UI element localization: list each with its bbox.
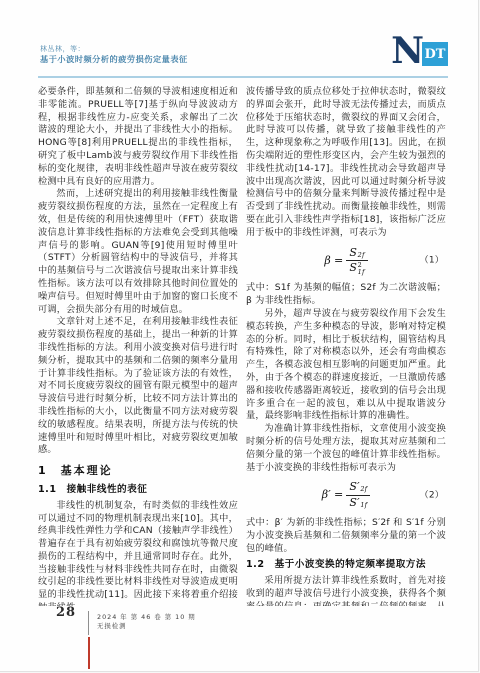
denominator-subscript: 1f bbox=[360, 499, 367, 512]
red-annotation-line bbox=[88, 637, 90, 669]
equation-1: β = S2f S21f （1） bbox=[246, 240, 446, 283]
numerator-subscript: 2f bbox=[360, 483, 367, 496]
section-heading-1: 1 基本理论 bbox=[38, 465, 238, 478]
left-column: 必要条件，即基频和二倍频的导波相速度相近和非零能流。PRUELL等[7]基于纵向… bbox=[38, 86, 238, 606]
numerator-subscript: 2f bbox=[358, 249, 365, 262]
paragraph: 式中：S1f 为基频的幅值；S2f 为二次谐波幅；β 为非线性指标。 bbox=[246, 282, 446, 308]
paragraph: 波传播导致的质点位移处于拉伸状态时，微裂纹的界面会张开，此时导波无法传播过去，而… bbox=[246, 86, 446, 240]
denominator-base: S′ bbox=[349, 497, 359, 510]
ndt-logo-dt-box: DT bbox=[422, 42, 448, 66]
page-number: 28 bbox=[56, 605, 76, 620]
equation-2-lhs: β′ bbox=[322, 489, 331, 502]
journal-issue: 2024 年 第 46 卷 第 10 期 bbox=[97, 613, 196, 622]
subsection-heading-1-2: 1.2 基于小波变换的特定频率提取方法 bbox=[246, 559, 446, 572]
equation-2-number: （2） bbox=[420, 489, 444, 502]
equals-sign: = bbox=[334, 255, 343, 268]
ndt-logo: N DT bbox=[391, 36, 448, 66]
paragraph: 文章针对上述不足，在利用接触非线性表征疲劳裂纹损伤程度的基础上，提出一种新的计算… bbox=[38, 316, 238, 457]
paragraph: 为准确计算非线性指标，文章使用小波变换时频分析的信号处理方法，提取其对应基频和二… bbox=[246, 423, 446, 474]
equation-2: β′ = S′2f S′1f （2） bbox=[246, 474, 446, 517]
fraction: S′2f S′1f bbox=[346, 481, 370, 510]
journal-name: 无损检测 bbox=[97, 622, 196, 631]
running-title: 基于小波时频分析的疲劳损伤定量表征 bbox=[40, 54, 188, 65]
journal-info: 2024 年 第 46 卷 第 10 期 无损检测 bbox=[97, 613, 196, 631]
paragraph: 采用所提方法计算非线性系数时，首先对接收到的超声导波信号进行小波变换，获得各个频… bbox=[246, 575, 446, 606]
numerator-base: S bbox=[349, 247, 357, 260]
paragraph: 必要条件，即基频和二倍频的导波相速度相近和非零能流。PRUELL等[7]基于纵向… bbox=[38, 86, 238, 188]
footer-divider-line bbox=[88, 611, 89, 635]
paragraph: 另外，超声导波在与疲劳裂纹作用下会发生模态转换，产生多种模态的导波，影响对特定模… bbox=[246, 308, 446, 423]
denominator-base: S bbox=[349, 262, 357, 275]
numerator-base: S′ bbox=[349, 481, 359, 494]
header-rule bbox=[38, 76, 448, 78]
running-author: 林丛林，等： bbox=[40, 44, 188, 54]
paragraph: 然而，上述研究提出的利用接触非线性衡量疲劳裂纹损伤程度的方法，虽然在一定程度上有… bbox=[38, 188, 238, 316]
paragraph: 式中：β′ 为新的非线性指标；S′2f 和 S′1f 分别为小波变换后基频和二倍… bbox=[246, 517, 446, 555]
paper-page: 林丛林，等： 基于小波时频分析的疲劳损伤定量表征 N DT 必要条件，即基频和二… bbox=[0, 0, 479, 672]
fraction: S2f S21f bbox=[346, 247, 367, 276]
equals-sign: = bbox=[334, 489, 343, 502]
right-column: 波传播导致的质点位移处于拉伸状态时，微裂纹的界面会张开，此时导波无法传播过去，而… bbox=[246, 86, 446, 606]
equation-1-lhs: β bbox=[324, 255, 331, 268]
running-head: 林丛林，等： 基于小波时频分析的疲劳损伤定量表征 bbox=[40, 44, 188, 65]
equation-1-number: （1） bbox=[420, 255, 444, 268]
denominator-subscript: 1f bbox=[358, 269, 365, 276]
subsection-heading-1-1: 1.1 接触非线性的表征 bbox=[38, 484, 238, 497]
ndt-logo-n-letter: N bbox=[391, 36, 422, 66]
paragraph: 非线性的机制复杂，有时类似的非线性效应可以通过不同的物理机制表现出来[10]。其… bbox=[38, 500, 238, 606]
